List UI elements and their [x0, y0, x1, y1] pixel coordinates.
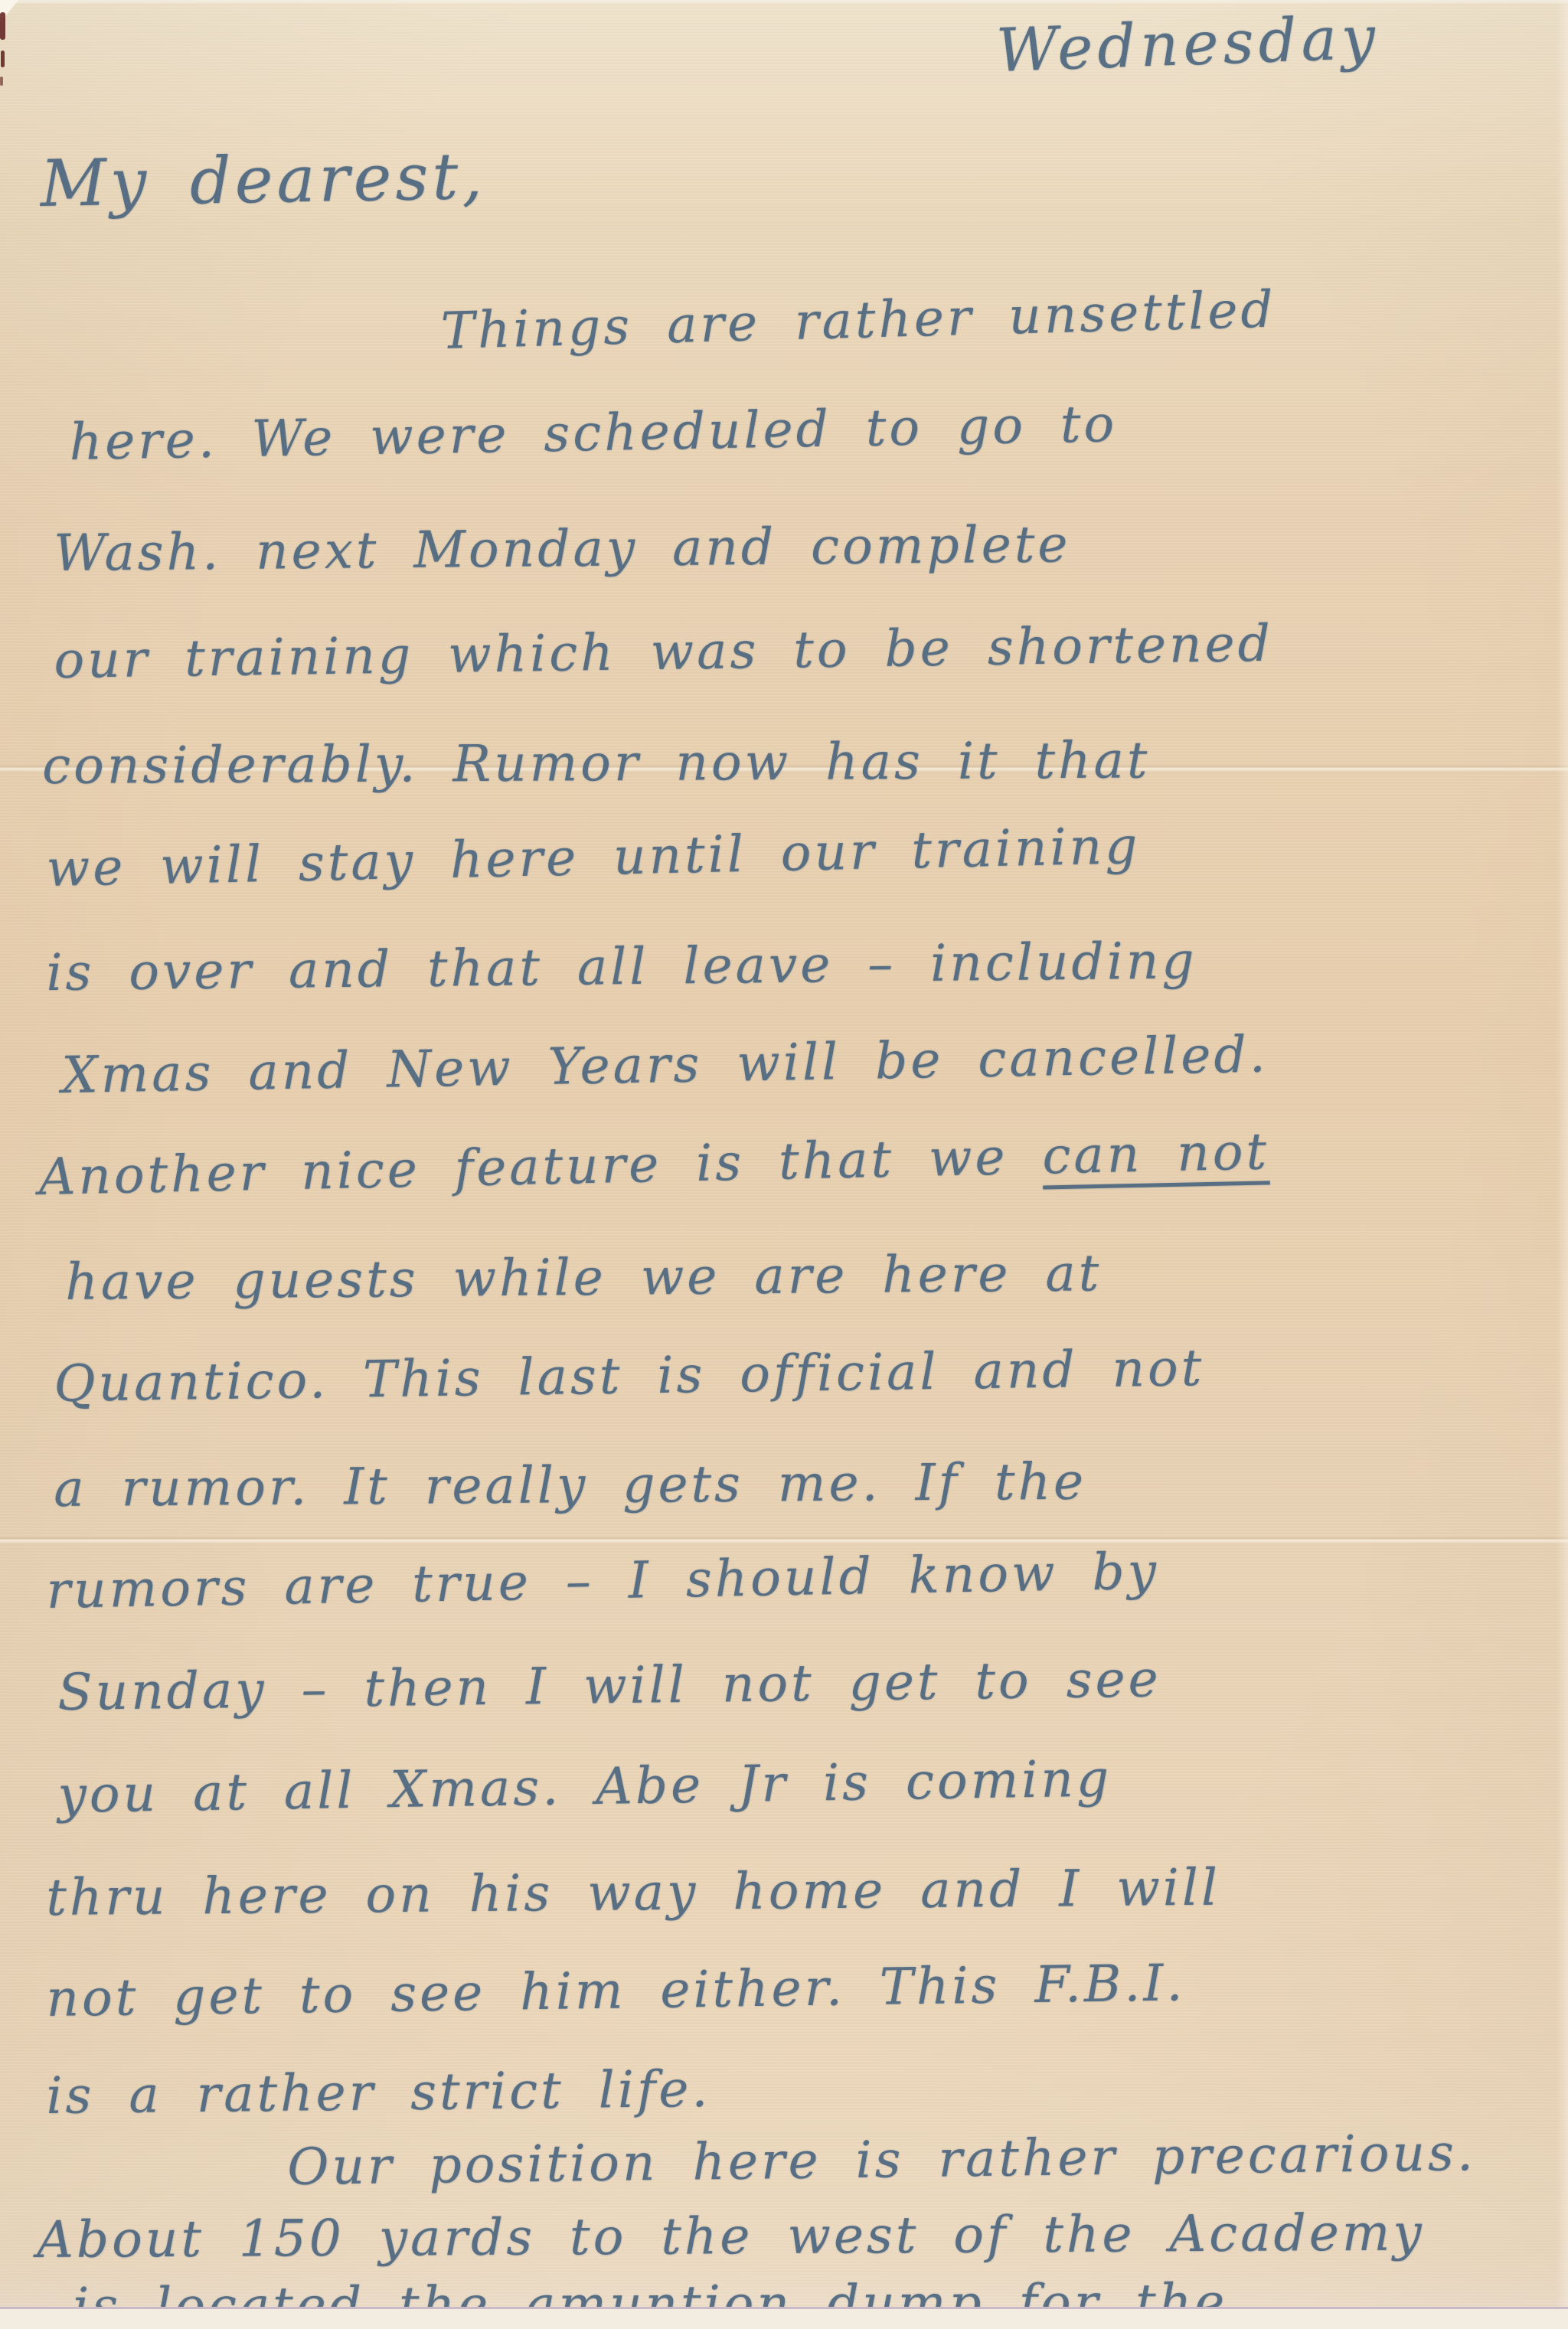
- scan-edge-mark: [0, 12, 5, 40]
- date-line: Wednesday: [995, 8, 1380, 81]
- scan-edge-mark: [1, 51, 5, 67]
- handwritten-line: not get to see him either. This F.B.I.: [46, 1958, 1186, 2024]
- handwritten-line: have guests while we are here at: [65, 1248, 1102, 1308]
- salutation-line: My dearest,: [40, 144, 487, 216]
- scan-bottom-edge: [0, 2307, 1568, 2329]
- scan-right-edge: [1556, 0, 1568, 2329]
- handwritten-line: Another nice feature is that we can not: [38, 1126, 1270, 1203]
- handwritten-line: our training which was to be shortened: [54, 619, 1273, 686]
- handwritten-line: rumors are true – I should know by: [46, 1547, 1159, 1616]
- handwritten-line: is over and that all leave – including: [46, 936, 1197, 998]
- fold-crease: [0, 1537, 1568, 1544]
- handwritten-line: here. We were scheduled to go to: [69, 399, 1118, 468]
- handwritten-line: we will stay here until our training: [46, 821, 1141, 894]
- scan-edge-mark: [0, 77, 3, 86]
- handwritten-line: a rumor. It really gets me. If the: [54, 1457, 1086, 1514]
- handwritten-line: considerably. Rumor now has it that: [42, 735, 1151, 792]
- handwritten-line: Wash. next Monday and complete: [54, 519, 1071, 579]
- scan-top-edge: [0, 0, 1568, 3]
- letter-page: Wednesday My dearest, Things are rather …: [0, 0, 1568, 2329]
- handwritten-line: you at all Xmas. Abe Jr is coming: [57, 1753, 1112, 1821]
- handwritten-line: About 150 yards to the west of the Acade…: [37, 2208, 1425, 2265]
- handwritten-line: Quantico. This last is official and not: [54, 1343, 1205, 1409]
- handwritten-line: is a rather strict life.: [46, 2064, 711, 2122]
- handwritten-line: Our position here is rather precarious.: [287, 2128, 1476, 2193]
- handwritten-line: Xmas and New Years will be cancelled.: [61, 1029, 1269, 1100]
- underlined-text: can not: [1042, 1122, 1270, 1185]
- handwritten-line: thru here on his way home and I will: [46, 1863, 1220, 1923]
- handwritten-line: Sunday – then I will not get to see: [57, 1654, 1161, 1718]
- handwritten-line: Things are rather unsettled: [440, 284, 1276, 357]
